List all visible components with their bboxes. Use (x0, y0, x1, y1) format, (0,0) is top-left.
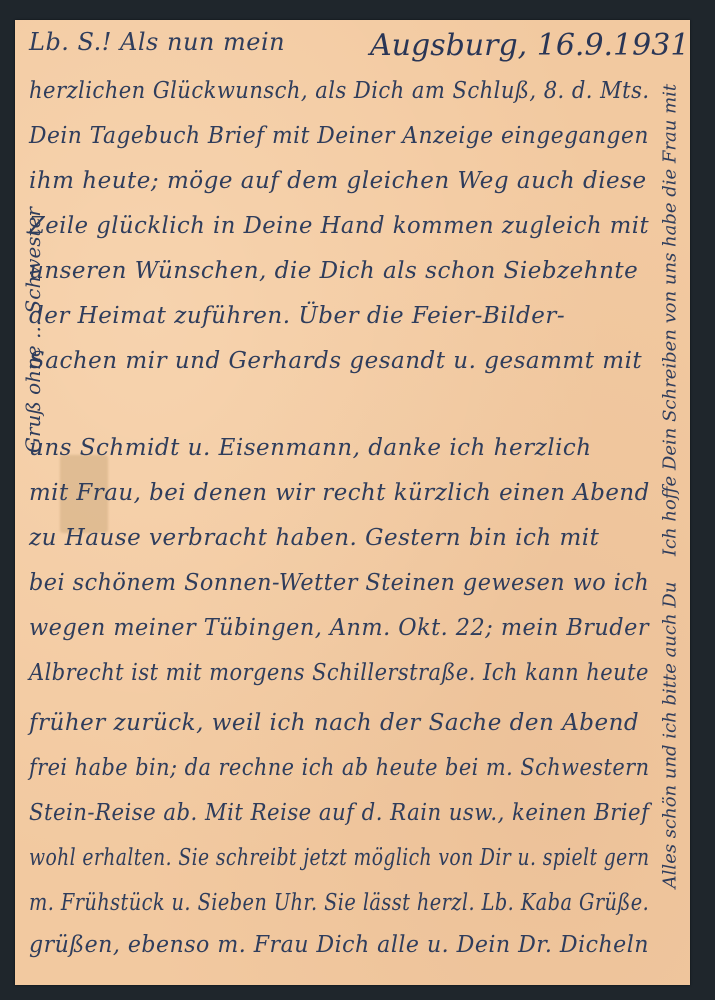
letter-line-10: zu Hause verbracht haben. Gestern bin ic… (29, 525, 599, 551)
place-date: Augsburg, 16.9.1931. (370, 28, 690, 63)
left-margin-note: Gruß ohne ... Schwester (15, 210, 51, 450)
salutation-line: Lb. S.! Als nun mein (29, 28, 285, 56)
letter-line-7: Sachen mir und Gerhards gesandt u. gesam… (29, 348, 642, 374)
postcard: Lb. S.! Als nun mein Augsburg, 16.9.1931… (15, 20, 690, 985)
letter-line-6: der Heimat zuführen. Über die Feier-Bild… (29, 303, 565, 329)
letter-line-9: mit Frau, bei denen wir recht kürzlich e… (29, 480, 650, 506)
right-margin-note-top: Ich hoffe Dein Schreiben von uns habe di… (650, 100, 690, 540)
letter-line-18: m. Frühstück u. Sieben Uhr. Sie lässt he… (29, 890, 649, 916)
letter-line-5: unseren Wünschen, die Dich als schon Sie… (29, 258, 638, 284)
letter-line-2: Dein Tagebuch Brief mit Deiner Anzeige e… (29, 123, 649, 149)
letter-line-4: Zeile glücklich in Deine Hand kommen zug… (29, 213, 649, 239)
letter-line-19: grüßen, ebenso m. Frau Dich alle u. Dein… (29, 932, 649, 958)
left-margin-text: Gruß ohne ... Schwester (21, 207, 45, 453)
letter-line-1: herzlichen Glückwunsch, als Dich am Schl… (29, 78, 650, 104)
letter-line-3: ihm heute; möge auf dem gleichen Weg auc… (29, 168, 647, 194)
letter-line-11: bei schönem Sonnen-Wetter Steinen gewese… (29, 570, 649, 596)
letter-line-15: frei habe bin; da rechne ich ab heute be… (29, 755, 649, 781)
right-margin-text-bottom: Alles schön und ich bitte auch Du (660, 582, 681, 889)
letter-line-12: wegen meiner Tübingen, Anm. Okt. 22; mei… (29, 615, 649, 641)
letter-line-16: Stein-Reise ab. Mit Reise auf d. Rain us… (29, 800, 649, 826)
letter-line-14: früher zurück, weil ich nach der Sache d… (29, 710, 639, 736)
letter-line-13: Albrecht ist mit morgens Schillerstraße.… (29, 660, 649, 686)
right-margin-text-top: Ich hoffe Dein Schreiben von uns habe di… (660, 84, 681, 556)
letter-line-17: wohl erhalten. Sie schreibt jetzt möglic… (29, 845, 650, 871)
right-margin-note-bottom: Alles schön und ich bitte auch Du (650, 570, 690, 900)
letter-line-8: uns Schmidt u. Eisenmann, danke ich herz… (29, 435, 592, 461)
